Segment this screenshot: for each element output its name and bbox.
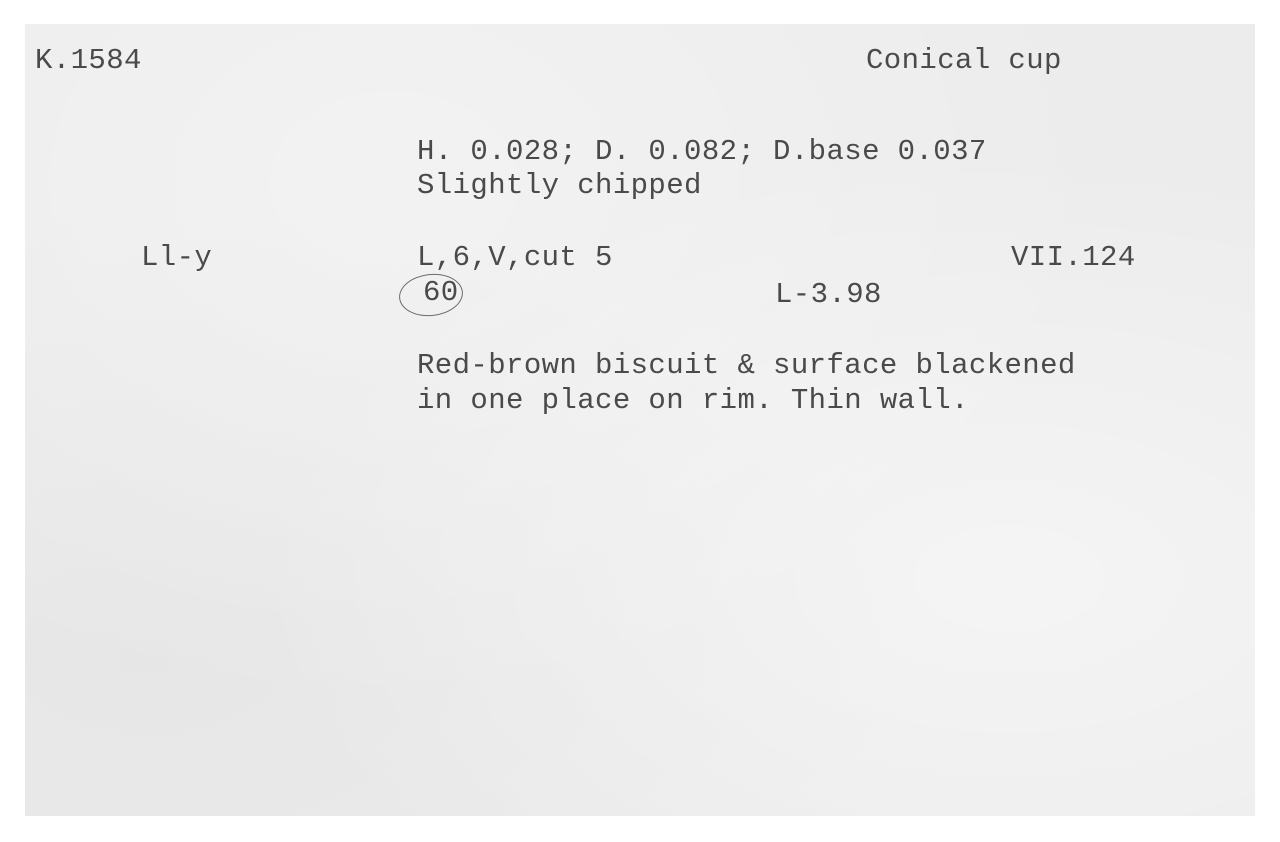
catalog-number: K.1584 xyxy=(35,44,142,78)
inventory-reference: VII.124 xyxy=(1011,241,1136,275)
location-code: Ll-y xyxy=(141,241,212,275)
condition: Slightly chipped xyxy=(417,169,702,203)
level: L-3.98 xyxy=(775,278,882,312)
find-context: L,6,V,cut 5 xyxy=(417,241,613,275)
dimensions: H. 0.028; D. 0.082; D.base 0.037 xyxy=(417,135,987,169)
description-line-2: in one place on rim. Thin wall. xyxy=(417,384,969,418)
catalog-card: K.1584 Conical cup H. 0.028; D. 0.082; D… xyxy=(25,24,1255,816)
description-line-1: Red-brown biscuit & surface blackened xyxy=(417,349,1076,383)
object-type: Conical cup xyxy=(866,44,1062,78)
